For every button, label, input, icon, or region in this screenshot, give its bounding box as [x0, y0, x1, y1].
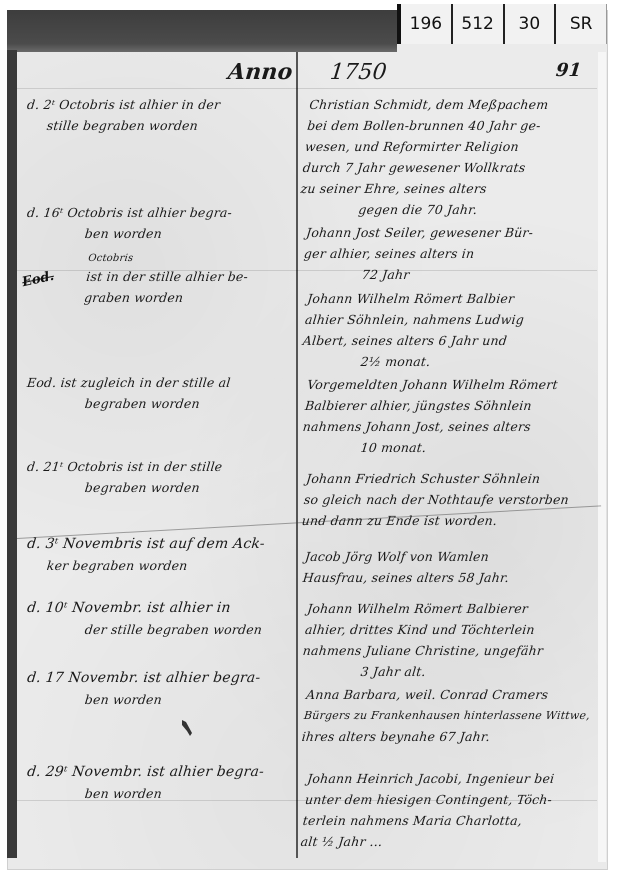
entry-line: unter dem hiesigen Contingent, Töch- — [304, 789, 598, 810]
entry-line: terlein nahmens Maria Charlotta, — [302, 810, 596, 831]
entry-line: Eod. ist zugleich in der stille al — [26, 372, 296, 393]
entry-line: Octobris — [27, 252, 296, 266]
heading-year: 1750 — [329, 62, 388, 83]
right-entry-8: Anna Barbara, weil. Conrad Cramers Bürge… — [301, 684, 600, 747]
ink-blot-icon — [180, 719, 194, 737]
entry-line: Albert, seines alters 6 Jahr und — [302, 330, 596, 351]
archive-reference-boxes: 196 512 30 SR — [397, 4, 607, 44]
right-entry-7: Johann Wilhelm Römert Balbierer alhier, … — [300, 598, 601, 682]
entry-line: Bürgers zu Frankenhausen hinterlassene W… — [303, 705, 597, 726]
scan-top-shadow — [7, 10, 397, 52]
entry-line: d. 21ᵗ Octobris ist in der stille — [26, 456, 296, 477]
entry-line: ger alhier, seines alters in — [303, 243, 597, 264]
entry-line: alt ½ Jahr ... — [300, 831, 594, 852]
entry-line: stille begraben worden — [24, 115, 294, 136]
entry-line: 3 Jahr alt. — [300, 661, 594, 682]
right-entry-2: Johann Jost Seiler, gewesener Bür- ger a… — [301, 222, 600, 285]
entry-line: ker begraben worden — [24, 555, 294, 576]
left-entry-8: d. 17 Novembr. ist alhier begra- ben wor… — [24, 668, 296, 710]
left-entry-6: d. 3ᵗ Novembris ist auf dem Ack- ker beg… — [24, 534, 296, 576]
entry-line: d. 17 Novembr. ist alhier begra- — [26, 668, 296, 689]
entry-line: alhier, drittes Kind und Töchterlein — [304, 619, 598, 640]
scan-right-edge — [598, 52, 606, 862]
page-number: 91 — [555, 60, 583, 81]
left-entry-7: d. 10ᵗ Novembr. ist alhier in der stille… — [24, 598, 296, 640]
entry-line: d. 16ᵗ Octobris ist alhier begra- — [26, 202, 296, 223]
entry-line: alhier Söhnlein, nahmens Ludwig — [304, 309, 598, 330]
entry-line: d. 2ᵗ Octobris ist alhier in der — [26, 94, 296, 115]
entry-line: begraben worden — [24, 393, 294, 414]
column-divider — [296, 52, 298, 858]
heading-anno: Anno — [227, 62, 294, 83]
entry-line: nahmens Juliane Christine, ungefähr — [302, 640, 596, 661]
entry-line: d. 29ᵗ Novembr. ist alhier begra- — [26, 762, 296, 783]
entry-line: ben worden — [24, 783, 294, 804]
right-entry-4: Vorgemeldten Johann Wilhelm Römert Balbi… — [300, 374, 601, 458]
entry-line: ben worden — [24, 689, 294, 710]
entry-line: ben worden — [24, 223, 294, 244]
left-entry-3: Octobris ist in der stille alhier be- gr… — [23, 252, 297, 308]
entry-line: durch 7 Jahr gewesener Wollkrats — [302, 157, 596, 178]
entry-line: 2½ monat. — [300, 351, 594, 372]
entry-line: nahmens Johann Jost, seines alters — [302, 416, 596, 437]
entry-line: begraben worden — [24, 477, 294, 498]
entry-line: Anna Barbara, weil. Conrad Cramers — [305, 684, 599, 705]
entry-line: Johann Jost Seiler, gewesener Bür- — [305, 222, 599, 243]
entry-line: Johann Friedrich Schuster Söhnlein — [305, 468, 599, 489]
right-entry-1: Christian Schmidt, dem Meßpachem bei dem… — [297, 94, 602, 220]
entry-line: so gleich nach der Nothtaufe verstorben — [303, 489, 597, 510]
left-entry-2: d. 16ᵗ Octobris ist alhier begra- ben wo… — [24, 202, 296, 244]
entry-line: Johann Heinrich Jacobi, Ingenieur bei — [306, 768, 600, 789]
entry-line: Jacob Jörg Wolf von Wamlen — [304, 546, 598, 567]
entry-line: bei dem Bollen-brunnen 40 Jahr ge- — [306, 115, 600, 136]
entry-line: 72 Jahr — [301, 264, 595, 285]
scan-left-edge — [7, 50, 17, 858]
entry-line: ihres alters beynahe 67 Jahr. — [301, 726, 595, 747]
left-entry-4: Eod. ist zugleich in der stille al begra… — [24, 372, 296, 414]
left-entry-1: d. 2ᵗ Octobris ist alhier in der stille … — [24, 94, 296, 136]
entry-line: Vorgemeldten Johann Wilhelm Römert — [306, 374, 600, 395]
entry-line: gegen die 70 Jahr. — [297, 199, 591, 220]
entry-line: Johann Wilhelm Römert Balbierer — [306, 598, 600, 619]
left-entry-5: d. 21ᵗ Octobris ist in der stille begrab… — [24, 456, 296, 498]
entry-line: der stille begraben worden — [24, 619, 294, 640]
ref-box: 196 — [397, 4, 451, 44]
entry-line: d. 3ᵗ Novembris ist auf dem Ack- — [26, 534, 296, 555]
entry-line: Johann Wilhelm Römert Balbier — [306, 288, 600, 309]
entry-line: Balbierer alhier, jüngstes Söhnlein — [304, 395, 598, 416]
entry-line: zu seiner Ehre, seines alters — [300, 178, 594, 199]
left-entry-9: d. 29ᵗ Novembr. ist alhier begra- ben wo… — [24, 762, 296, 804]
right-entry-9: Johann Heinrich Jacobi, Ingenieur bei un… — [300, 768, 601, 852]
entry-line: ist in der stille alhier be- — [25, 266, 295, 287]
ref-box: SR — [554, 4, 607, 44]
entry-line: graben worden — [23, 287, 293, 308]
entry-line: Christian Schmidt, dem Meßpachem — [308, 94, 602, 115]
entry-line: wesen, und Reformirter Religion — [304, 136, 598, 157]
right-entry-3: Johann Wilhelm Römert Balbier alhier Söh… — [300, 288, 601, 372]
entry-line: d. 10ᵗ Novembr. ist alhier in — [26, 598, 296, 619]
right-entry-6: Jacob Jörg Wolf von Wamlen Hausfrau, sei… — [302, 546, 598, 588]
ref-box: 512 — [451, 4, 503, 44]
entry-line: und dann zu Ende ist worden. — [301, 510, 595, 531]
entry-line: Hausfrau, seines alters 58 Jahr. — [302, 567, 596, 588]
entry-line: 10 monat. — [300, 437, 594, 458]
ruling-line — [17, 88, 597, 89]
ref-box: 30 — [503, 4, 555, 44]
right-entry-5: Johann Friedrich Schuster Söhnlein so gl… — [301, 468, 600, 531]
